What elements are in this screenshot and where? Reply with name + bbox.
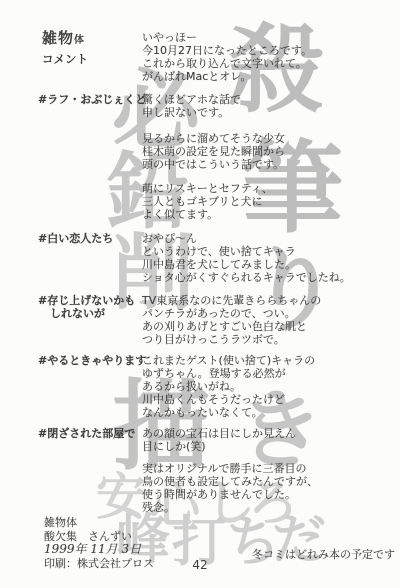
heading-line: しれないが xyxy=(38,307,135,320)
section-paragraph: 見るからに溜めてそうな少女 桂木萌の設定を見た瞬間から 頭の中ではこういう話です… xyxy=(142,132,285,171)
text-line: これから取り込んで文字いれて。 xyxy=(142,57,312,70)
text-line: 川中島君を犬にしてみました。 xyxy=(142,258,351,271)
text-line: 桂木萌の設定を見た瞬間から xyxy=(142,145,285,158)
comment-paragraph: いやっほー 今10月27日になったところです。 これから取り込んで文字いれて。 … xyxy=(142,31,312,83)
text-line: 使う時間がありませんでした。 xyxy=(142,488,318,501)
heading-line: #存じ上げないかも xyxy=(38,294,135,307)
text-line: がんばれMacとオレ。 xyxy=(142,70,312,83)
text-line: これまたゲスト(使い捨て)キャラの xyxy=(142,354,315,367)
section-paragraph: 実はオリジナルで勝手に三番目の 鳥の使者も設定してみたんですが、 使う時間があり… xyxy=(142,462,318,514)
section-paragraph: おやぴ〜ん というわけで、使い捨てキャラ 川中島君を犬にしてみました。 ショタ心… xyxy=(142,232,351,284)
text-line: よく似てます。 xyxy=(142,208,273,221)
section-heading-sonji: #存じ上げないかも しれないが xyxy=(38,294,135,320)
circle-name: 雑物 xyxy=(42,29,74,47)
text-line: TV東京系なのに先輩きららちゃんの xyxy=(142,294,321,307)
text-line: つり目がけっこうラツボで。 xyxy=(142,333,321,346)
section-paragraph: TV東京系なのに先輩きららちゃんの パンチラがあったので、つい。 あの刈りあげと… xyxy=(142,294,321,346)
circle-name-suffix: 体 xyxy=(74,35,84,46)
text-line: おやぴ〜ん xyxy=(142,232,351,245)
text-line: ゆずちゃん。登場する必然が xyxy=(142,367,315,380)
text-line: あの刈りあげとすごい色白な肌と xyxy=(142,320,321,333)
scanned-comment-page: 必殺鉛筆削り描き安心しろ峰打ちだ 雑物体 コメント いやっほー 今10月27日に… xyxy=(0,0,400,588)
section-paragraph: あの額の宝石は目にしか見えん 目にしか(笑) xyxy=(142,427,296,453)
section-paragraph: 萌にリスキーとセフティ、 三人ともゴキブリと犬に よく似てます。 xyxy=(142,182,273,221)
text-line: 萌にリスキーとセフティ、 xyxy=(142,182,273,195)
text-line: 頭の中ではこういう話です。 xyxy=(142,158,285,171)
text-line: というわけで、使い捨てキャラ xyxy=(142,245,351,258)
colophon-date: 1999年 11月 3日 xyxy=(44,543,154,557)
page-title: 雑物体 コメント xyxy=(42,27,88,67)
comment-label: コメント xyxy=(42,51,88,67)
text-line: 驚くほどアホな話で xyxy=(142,93,241,106)
text-line: 実はオリジナルで勝手に三番目の xyxy=(142,462,318,475)
text-line: ショタ心がくすぐられるキャラでしたね。 xyxy=(142,271,351,284)
text-line: あるから扱いがね。 xyxy=(142,380,315,393)
page-number: 42 xyxy=(0,558,400,572)
text-line: なんかもったいなくて。 xyxy=(142,406,315,419)
section-heading-rough-object: #ラフ・おぶじぇくと xyxy=(38,93,146,106)
section-heading-yarutokya: #やるときゃやります xyxy=(38,354,146,367)
text-line: 今10月27日になったところです。 xyxy=(142,44,312,57)
text-line: 残念。 xyxy=(142,501,318,514)
text-line: いやっほー xyxy=(142,31,312,44)
section-heading-closed-room: #閉ざされた部屋で xyxy=(38,427,135,440)
text-line: あの額の宝石は目にしか見えん xyxy=(142,427,296,440)
text-line: 川中島くんもそうだったけど xyxy=(142,393,315,406)
colophon-author: 酸欠集 さんずい xyxy=(44,530,154,544)
text-line: 鳥の使者も設定してみたんですが、 xyxy=(142,475,318,488)
section-paragraph: これまたゲスト(使い捨て)キャラの ゆずちゃん。登場する必然が あるから扱いがね… xyxy=(142,354,315,419)
text-line: 申し訳ないです。 xyxy=(142,106,241,119)
section-heading-white-lovers: #白い恋人たち xyxy=(38,232,113,245)
text-line: 見るからに溜めてそうな少女 xyxy=(142,132,285,145)
text-line: 目にしか(笑) xyxy=(142,440,296,453)
section-paragraph: 驚くほどアホな話で 申し訳ないです。 xyxy=(142,93,241,119)
text-line: 三人ともゴキブリと犬に xyxy=(142,195,273,208)
colophon-circle-name: 雑物体 xyxy=(44,516,154,530)
text-line: パンチラがあったので、つい。 xyxy=(142,307,321,320)
